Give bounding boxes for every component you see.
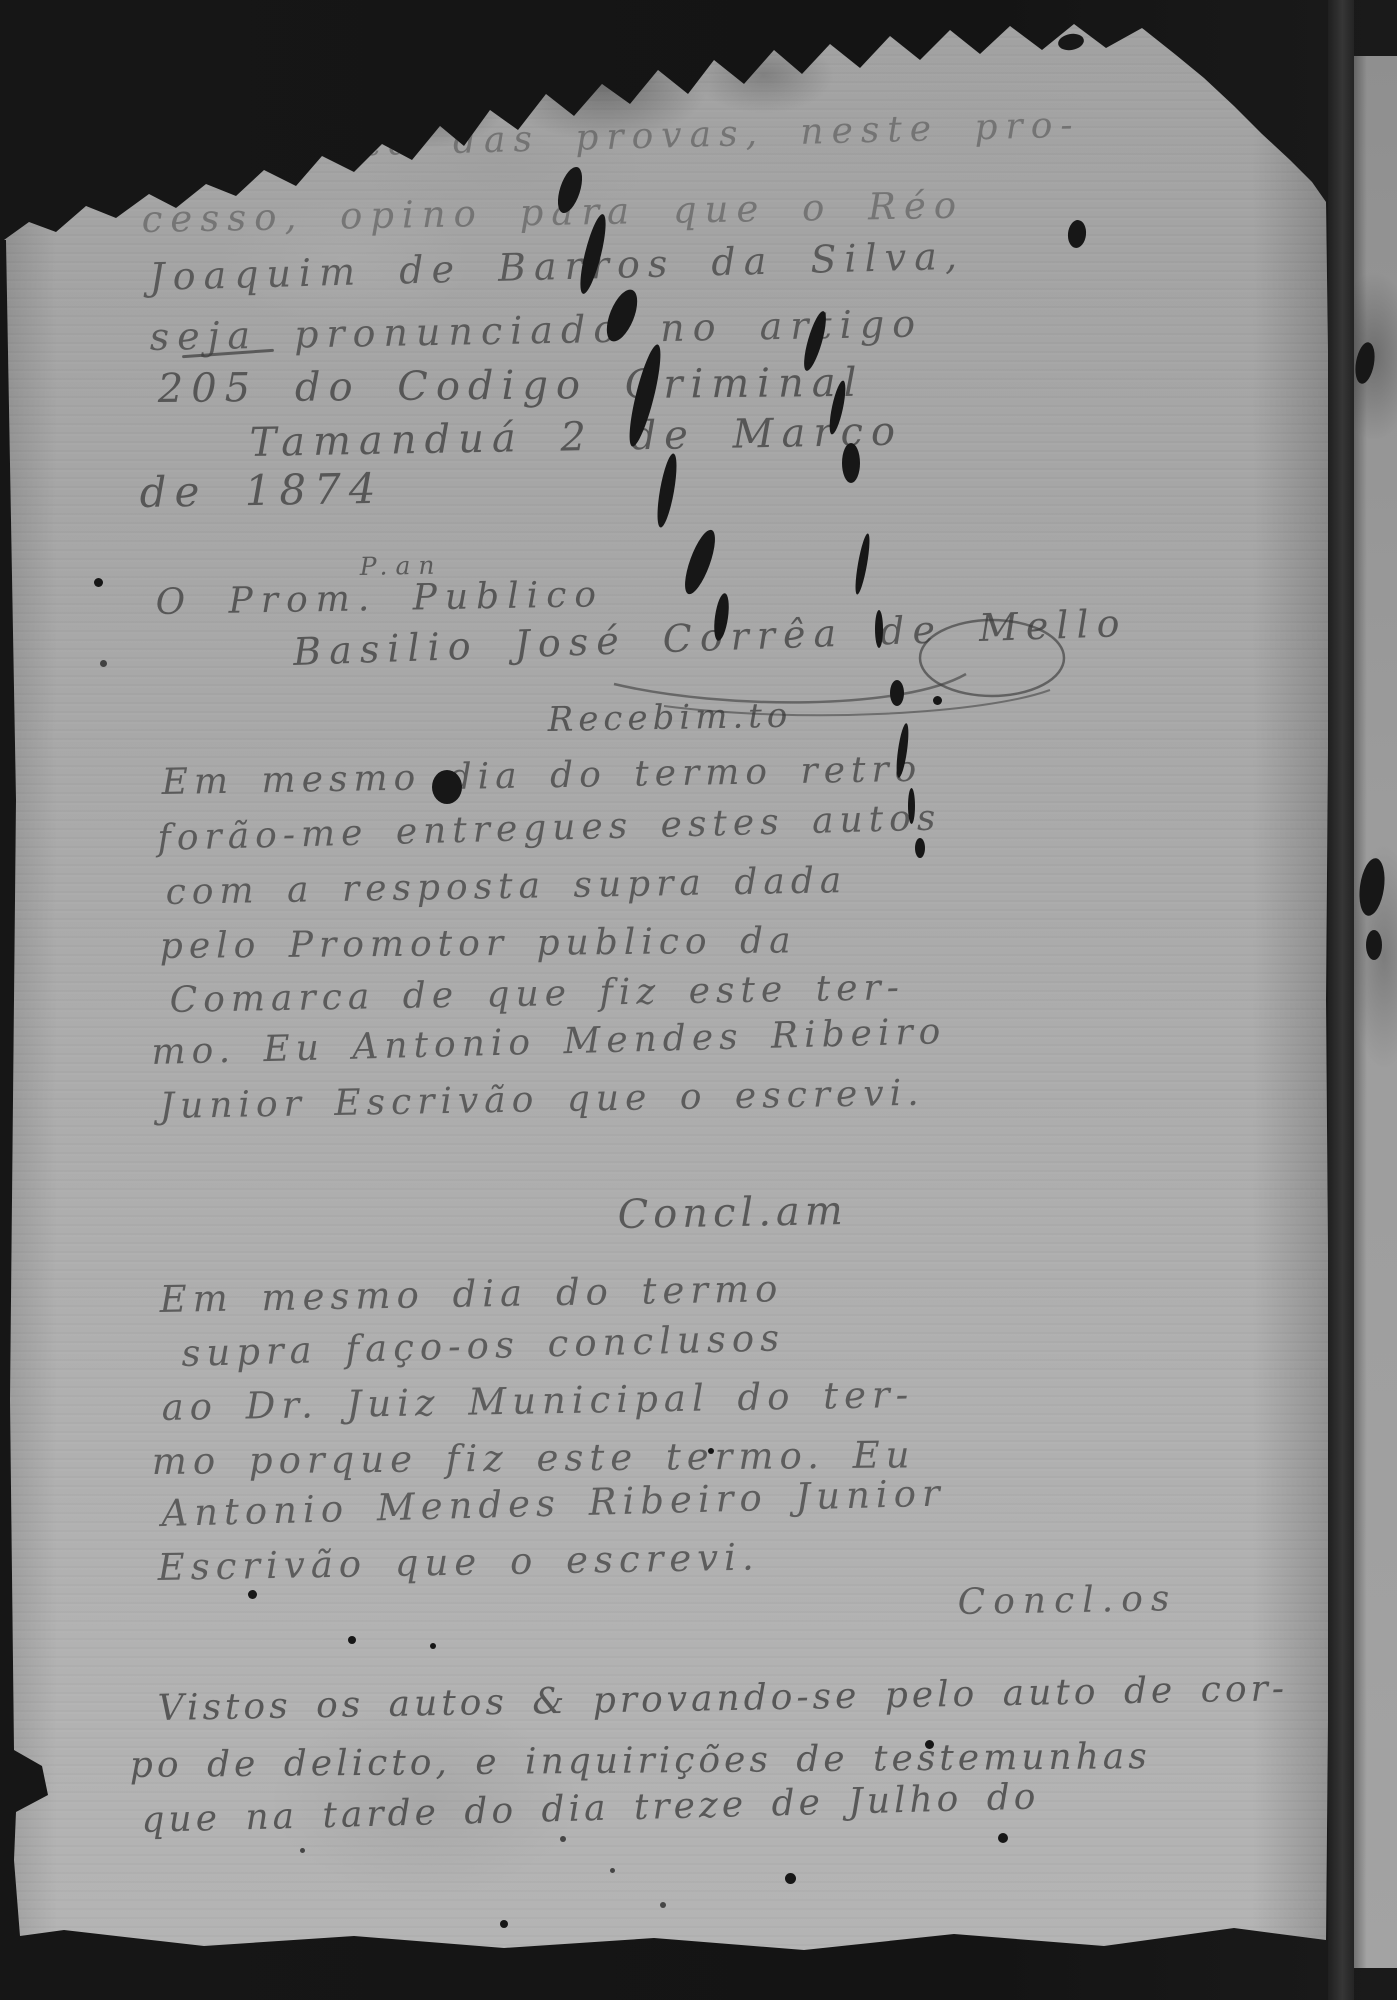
manuscript-line: Em mesmo dia do termo retro (161, 749, 922, 803)
ink-blot (654, 452, 681, 528)
manuscript-line: Em mesmo dia do termo (159, 1267, 783, 1321)
manuscript-line: Vistos os autos & provando-se pelo auto … (157, 1668, 1288, 1729)
manuscript-line: em vista das provas, neste pro- (184, 105, 1081, 169)
adjacent-page-edge (1354, 56, 1397, 1968)
ink-blot (1067, 219, 1088, 249)
manuscript-line: cesso, opino para que o Réo (141, 184, 964, 241)
section-heading-conclusao: Concl.am (617, 1188, 848, 1238)
ink-blot (890, 680, 904, 706)
ink-speck (500, 1920, 508, 1928)
ink-speck (100, 660, 107, 667)
ink-speck (933, 696, 942, 705)
manuscript-line: supra faço-os conclusos (181, 1316, 786, 1375)
manuscript-line: Comarca de que fiz este ter- (169, 967, 905, 1021)
manuscript-line: pelo Promotor publico da (160, 920, 797, 967)
ink-blot (1352, 341, 1377, 385)
ink-blot (908, 788, 915, 824)
ink-speck (430, 1643, 436, 1649)
round-ink-blot (432, 770, 462, 804)
manuscript-line: forão-me entregues estes autos (157, 797, 942, 859)
manuscript-line: que na tarde do dia treze de Julho do (141, 1776, 1040, 1841)
manuscript-line: com a resposta supra dada (165, 860, 847, 913)
scan-background: em vista das provas, neste pro- cesso, o… (0, 0, 1397, 2000)
ink-speck (785, 1873, 796, 1884)
manuscript-line: mo. Eu Antonio Mendes Ribeiro (151, 1011, 947, 1073)
dateline-year: de 1874 (139, 464, 384, 517)
ink-speck (610, 1868, 615, 1873)
ink-blot (1057, 32, 1085, 52)
ink-blot (915, 838, 925, 858)
ink-speck (998, 1833, 1008, 1843)
manuscript-line: Joaquim de Barros da Silva, (149, 234, 966, 299)
ink-blot (679, 527, 721, 598)
ink-speck (660, 1902, 666, 1908)
signer-role: O Prom. Publico (155, 574, 604, 623)
manuscript-line: 205 do Codigo Criminal (158, 360, 865, 412)
ink-blot (1366, 930, 1382, 960)
conclusos-note: Concl.os (957, 1578, 1177, 1623)
ink-speck (248, 1590, 257, 1599)
ink-speck (348, 1636, 356, 1644)
ink-blot (842, 443, 860, 483)
ink-speck (925, 1740, 934, 1749)
manuscript-line: ao Dr. Juiz Municipal do ter- (161, 1373, 914, 1429)
ink-speck (300, 1848, 305, 1853)
ink-blot (875, 610, 883, 648)
ink-blot (853, 533, 873, 596)
dateline: Tamanduá 2 de Março (249, 409, 903, 466)
manuscript-line: Escrivão que o escrevi. (157, 1535, 760, 1589)
ink-speck (560, 1836, 566, 1842)
book-gutter (1328, 0, 1354, 2000)
ink-speck (94, 578, 103, 587)
manuscript-page: em vista das provas, neste pro- cesso, o… (4, 0, 1332, 1972)
ink-blot (1356, 857, 1388, 918)
ink-speck (708, 1448, 714, 1454)
section-heading-recebimento: Recebim.to (547, 696, 792, 740)
manuscript-line: Junior Escrivão que o escrevi. (159, 1073, 925, 1127)
